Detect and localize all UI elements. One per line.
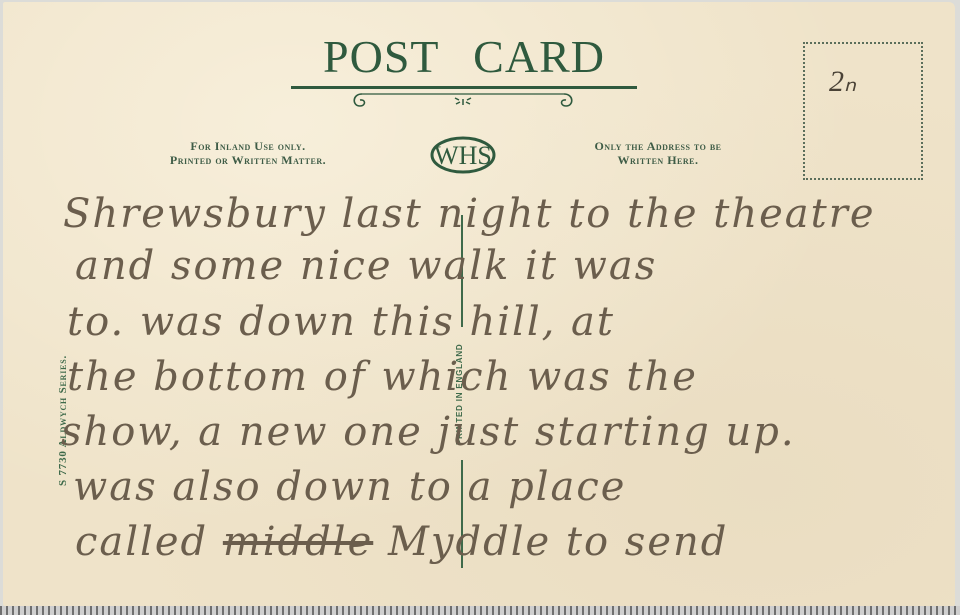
inland-use-note: For Inland Use only. Printed or Written … (123, 139, 373, 167)
svg-text:WHS: WHS (434, 141, 492, 170)
message-line: was also down to a place (73, 467, 626, 507)
postcard: POST CARD For Inland Use only. Printed o… (3, 2, 955, 606)
address-note: Only the Address to be Written Here. (543, 139, 773, 167)
whs-logo-icon: WHS (429, 135, 497, 175)
message-line: to. was down this hill, at (67, 302, 615, 342)
postcard-title: POST CARD (291, 34, 637, 80)
title-underline (291, 86, 637, 89)
struck-out-word: middle (223, 519, 373, 565)
message-word: called (75, 519, 208, 565)
message-line: Shrewsbury last night to the theatre (63, 194, 876, 234)
message-word: Myddle to send (388, 519, 728, 565)
ornament-flourish-icon (348, 90, 578, 114)
message-line: show, a new one just starting up. (61, 412, 796, 452)
message-line: the bottom of which was the (67, 357, 698, 397)
stamp-box (803, 42, 923, 180)
message-line: and some nice walk it was (75, 246, 657, 286)
stamp-handwritten-mark: 2ₙ (829, 64, 856, 99)
message-line-last: called middle Myddle to send (75, 522, 728, 562)
scan-edge-strip (0, 606, 960, 615)
